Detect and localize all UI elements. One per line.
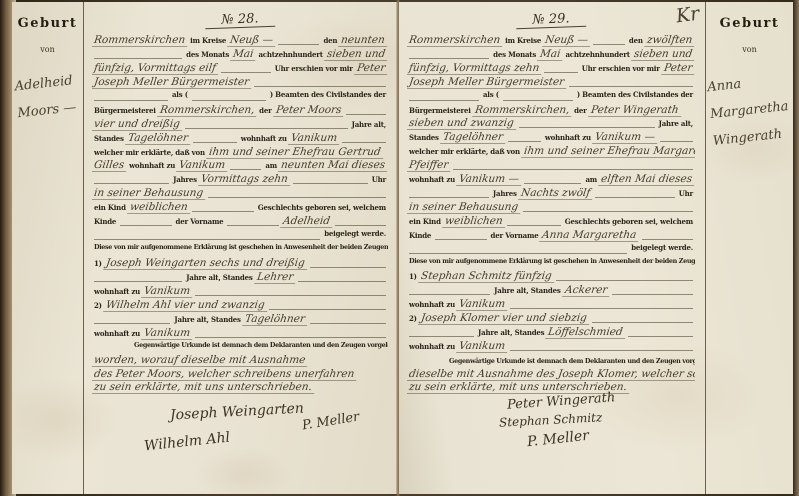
- rule-line: [556, 270, 693, 281]
- right-margin-column: Geburt von Anna Margaretha Wingerath: [705, 2, 793, 494]
- photo-edge-right: [793, 0, 799, 496]
- form-line: Kindeder VornameAdelheid: [92, 215, 388, 229]
- form-line: dieselbe mit Ausnahme des Joseph Klomer,…: [407, 368, 695, 381]
- rule-line: [435, 229, 486, 240]
- handwritten-entry: Anna Margaretha: [540, 229, 641, 242]
- form-line: wohnhaft zuVanikum —amelften Mai dieses: [407, 173, 695, 187]
- form-line: in seiner Behausung: [407, 201, 695, 215]
- printed-text: Diese von mir aufgenommene Erklärung ist…: [92, 243, 388, 251]
- handwritten-entry: des Peter Moors, welcher schreibens uner…: [92, 368, 358, 381]
- rule-line: [298, 271, 386, 282]
- form-line: Gegenwärtige Urkunde ist demnach dem Dek…: [407, 354, 695, 367]
- rule-line: [193, 132, 237, 143]
- left-page: Geburt von Adelheid Moors — № 28. Rommer…: [12, 2, 399, 494]
- rule-line: [94, 271, 182, 282]
- rule-line: [544, 62, 577, 73]
- handwritten-entry: neunten: [338, 34, 388, 47]
- von-label-left: von: [12, 45, 83, 54]
- rule-line: [293, 173, 368, 184]
- printed-text: Bürgermeisterei: [92, 106, 158, 115]
- margin-name-right: Anna Margaretha Wingerath: [702, 66, 797, 156]
- printed-text: wohnhaft zu: [127, 161, 177, 170]
- rule-line: [409, 187, 489, 198]
- handwritten-entry: Tagelöhner: [440, 131, 507, 144]
- handwritten-entry: dieselbe mit Ausnahme des Joseph Klomer,…: [407, 368, 695, 381]
- printed-text: beigelegt werde.: [322, 229, 388, 238]
- printed-text: wohnhaft zu: [543, 133, 593, 142]
- handwritten-entry: Vanikum: [456, 298, 509, 311]
- handwritten-entry: Löffelschmied: [546, 326, 627, 339]
- printed-text: 2): [407, 314, 419, 323]
- printed-text: am: [583, 175, 599, 184]
- printed-text: der: [572, 106, 588, 115]
- signature-registrar: P. Meller: [526, 428, 589, 450]
- form-line: worden, worauf dieselbe mit Ausnahme: [92, 354, 388, 367]
- printed-text: Jahre alt,: [350, 120, 388, 129]
- printed-text: 2): [92, 301, 104, 310]
- handwritten-entry: in seiner Behausung: [407, 201, 522, 214]
- form-line: 1)Joseph Weingarten sechs und dreißig: [92, 257, 388, 271]
- rule-line: [510, 340, 693, 351]
- indent-spacer: [407, 362, 447, 363]
- entry-number-right: № 29.: [516, 11, 587, 29]
- rule-line: [192, 201, 253, 212]
- printed-text: Geschlechts geboren sei, welchem: [563, 217, 695, 226]
- rule-line: [593, 34, 625, 45]
- printed-text: wohnhaft zu: [92, 287, 142, 296]
- printed-text: den: [321, 36, 339, 45]
- form-line: des MonatsMaiachtzehnhundertsieben und: [407, 48, 695, 62]
- printed-text: im Kreise: [188, 36, 228, 45]
- handwritten-entry: Rommerskirchen: [92, 34, 189, 47]
- printed-text: 1): [407, 272, 419, 281]
- form-line: beigelegt werde.: [407, 243, 695, 257]
- rule-line: [595, 187, 675, 198]
- left-margin-column: Geburt von Adelheid Moors —: [12, 2, 84, 494]
- form-line: JahresNachts zwölfUhr: [407, 187, 695, 201]
- printed-text: Jahre alt, Standes: [172, 315, 242, 324]
- rule-line: [409, 326, 474, 337]
- handwritten-entry: Adelheid: [280, 215, 334, 228]
- handwritten-entry: Gilles: [92, 159, 128, 172]
- rule-line: [269, 299, 386, 310]
- rule-line: [628, 326, 693, 337]
- printed-text: Jahre alt, Standes: [184, 273, 254, 282]
- rule-line: [227, 215, 278, 226]
- printed-text: beigelegt werde.: [629, 243, 695, 252]
- rule-line: [507, 215, 560, 226]
- birth-header-right: Geburt: [706, 16, 793, 31]
- form-line: Joseph Meller Bürgermeister: [92, 76, 388, 90]
- printed-text: als (: [170, 90, 190, 99]
- handwritten-entry: Tagelöhner: [125, 132, 192, 145]
- handwritten-entry: Peter Moors: [273, 104, 345, 117]
- handwritten-entry: Nachts zwölf: [518, 187, 594, 200]
- handwritten-entry: Lehrer: [254, 271, 297, 284]
- rule-line: [660, 131, 693, 142]
- right-page: Kr № 29. Rommerskirchenim KreiseNeuß —de…: [399, 2, 793, 494]
- printed-text: wohnhaft zu: [239, 134, 289, 143]
- handwritten-entry: in seiner Behausung: [92, 187, 207, 200]
- form-line: des MonatsMaiachtzehnhundertsieben und: [92, 48, 388, 62]
- handwritten-entry: Vanikum: [176, 159, 229, 172]
- printed-text: Kinde: [407, 231, 433, 240]
- rule-line: [523, 201, 693, 212]
- right-page-body: Kr № 29. Rommerskirchenim KreiseNeuß —de…: [399, 2, 705, 494]
- printed-text: achtzehnhundert: [563, 50, 631, 59]
- rule-line: [310, 313, 386, 324]
- handwritten-entry: sieben und zwanzig: [407, 117, 518, 130]
- printed-text: Kinde: [92, 217, 118, 226]
- rule-line: [524, 173, 582, 184]
- printed-text: Standes: [92, 134, 126, 143]
- form-line: Rommerskirchenim KreiseNeuß —denneunten: [92, 34, 388, 48]
- form-line: zu sein erklärte, mit uns unterschrieben…: [407, 381, 695, 394]
- handwritten-entry: Vanikum —: [456, 173, 523, 186]
- handwritten-entry: Joseph Meller Bürgermeister: [407, 76, 568, 89]
- handwritten-entry: Rommerskirchen: [407, 34, 504, 47]
- rule-line: [612, 284, 693, 295]
- handwritten-entry: Peter: [354, 62, 388, 75]
- handwritten-entry: Mai: [537, 48, 564, 61]
- margin-name-left: Adelheid Moors —: [9, 66, 85, 127]
- form-line: Pfeiffer: [407, 159, 695, 173]
- printed-text: im Kreise: [503, 36, 543, 45]
- rule-line: [94, 313, 170, 324]
- rule-line: [510, 298, 693, 309]
- form-line: fünfzig, Vormittags eilfUhr erschien vor…: [92, 62, 388, 76]
- rule-line: [335, 215, 386, 226]
- form-line: wohnhaft zuVanikum: [407, 298, 695, 312]
- handwritten-entry: Joseph Klomer vier und siebzig: [418, 312, 591, 325]
- entry-number-left: № 28.: [205, 11, 276, 29]
- rule-line: [278, 34, 319, 45]
- form-line: 2)Wilhelm Ahl vier und zwanzig: [92, 299, 388, 313]
- form-line: Rommerskirchenim KreiseNeuß —denzwölften: [407, 34, 695, 48]
- rule-line: [310, 257, 386, 268]
- printed-text: den: [627, 36, 645, 45]
- printed-text: Jahres: [171, 175, 199, 184]
- right-form-lines: Rommerskirchenim KreiseNeuß —denzwölften…: [407, 34, 695, 394]
- form-line: welcher mir erklärte, daß vonihm und sei…: [92, 146, 388, 159]
- form-line: wohnhaft zuVanikum: [407, 340, 695, 354]
- rule-line: [208, 187, 386, 198]
- form-line: ein KindweiblichenGeschlechts geboren se…: [407, 215, 695, 229]
- rule-line: [94, 90, 168, 101]
- form-line: Diese von mir aufgenommene Erklärung ist…: [92, 243, 388, 256]
- form-line: welcher mir erklärte, daß vonihm und sei…: [407, 145, 695, 158]
- printed-text: des Monats: [491, 50, 538, 59]
- signature-witness1: Joseph Weingarten: [170, 401, 305, 424]
- form-line: fünfzig, Vormittags zehnUhr erschien vor…: [407, 62, 695, 76]
- form-line: Joseph Meller Bürgermeister: [407, 76, 695, 90]
- printed-text: 1): [92, 259, 104, 268]
- printed-text: der Vorname: [174, 217, 226, 226]
- rule-line: [346, 104, 386, 115]
- rule-line: [409, 48, 489, 59]
- handwritten-entry: ihm und seiner Ehefrau Margaretha: [521, 145, 695, 158]
- handwritten-entry: Joseph Weingarten sechs und dreißig: [103, 257, 309, 270]
- printed-text: Uhr: [370, 175, 388, 184]
- form-line: JahresVormittags zehnUhr: [92, 173, 388, 187]
- rule-line: [192, 90, 266, 101]
- printed-text: Gegenwärtige Urkunde ist demnach dem Dek…: [447, 357, 695, 365]
- form-line: Jahre alt, StandesLehrer: [92, 271, 388, 285]
- handwritten-entry: Vanikum: [456, 340, 509, 353]
- printed-text: der Vorname: [489, 231, 541, 240]
- form-line: wohnhaft zuVanikum: [92, 327, 388, 341]
- handwritten-entry: zwölften: [644, 34, 695, 47]
- handwritten-entry: Vanikum: [141, 285, 194, 298]
- printed-text: wohnhaft zu: [92, 329, 142, 338]
- rule-line: [508, 131, 541, 142]
- rule-line: [453, 159, 693, 170]
- printed-text: der: [257, 106, 273, 115]
- printed-text: des Monats: [184, 50, 231, 59]
- register-book-photo: Geburt von Adelheid Moors — № 28. Rommer…: [0, 0, 799, 496]
- handwritten-entry: Pfeiffer: [407, 159, 452, 172]
- rule-line: [185, 118, 348, 129]
- form-line: als () Beamten des Civilstandes der: [92, 90, 388, 104]
- printed-text: ein Kind: [92, 203, 128, 212]
- rule-line: [195, 285, 386, 296]
- handwritten-entry: Vanikum: [288, 132, 341, 145]
- printed-text: wohnhaft zu: [407, 342, 457, 351]
- handwritten-entry: zu sein erklärte, mit uns unterschrieben…: [92, 381, 316, 394]
- form-line: BürgermeistereiRommerskirchen,derPeter M…: [92, 104, 388, 118]
- form-line: ein KindweiblichenGeschlechts geboren se…: [92, 201, 388, 215]
- handwritten-entry: Vanikum —: [592, 131, 659, 144]
- form-line: des Peter Moors, welcher schreibens uner…: [92, 368, 388, 381]
- rule-line: [519, 117, 655, 128]
- form-line: wohnhaft zuVanikum: [92, 285, 388, 299]
- printed-text: welcher mir erklärte, daß von: [407, 147, 522, 156]
- form-line: 2)Joseph Klomer vier und siebzig: [407, 312, 695, 326]
- printed-text: am: [263, 161, 279, 170]
- printed-text: Bürgermeisterei: [407, 106, 473, 115]
- printed-text: Uhr: [677, 189, 695, 198]
- handwritten-entry: worden, worauf dieselbe mit Ausnahme: [92, 354, 309, 367]
- form-line: Diese von mir aufgenommene Erklärung ist…: [407, 257, 695, 270]
- rule-line: [409, 243, 627, 254]
- handwritten-entry: fünfzig, Vormittags eilf: [92, 62, 220, 75]
- form-line: 1)Stephan Schmitz fünfzig: [407, 270, 695, 284]
- printed-text: Geschlechts geboren sei, welchem: [256, 203, 388, 212]
- rule-line: [342, 132, 386, 143]
- handwritten-entry: neunten Mai dieses: [278, 159, 388, 172]
- handwritten-entry: Neuß —: [227, 34, 277, 47]
- printed-text: Jahres: [491, 189, 519, 198]
- handwritten-entry: Rommerskirchen,: [157, 104, 258, 117]
- handwritten-entry: Rommerskirchen,: [472, 104, 573, 117]
- handwritten-entry: ihm und seiner Ehefrau Gertrud: [206, 146, 384, 159]
- printed-text: als (: [481, 90, 501, 99]
- printed-text: Jahre alt, Standes: [492, 286, 562, 295]
- form-line: in seiner Behausung: [92, 187, 388, 201]
- indent-spacer: [92, 346, 132, 347]
- printed-text: wohnhaft zu: [407, 175, 457, 184]
- handwritten-entry: vier und dreißig: [92, 118, 184, 131]
- printed-text: Jahre alt, Standes: [476, 328, 546, 337]
- printed-text: ) Beamten des Civilstandes der: [268, 90, 388, 99]
- signature-witness2: Wilhelm Ahl: [143, 430, 230, 455]
- handwritten-entry: weiblichen: [127, 201, 191, 214]
- left-signature-block: Joseph Weingarten Wilhelm Ahl P. Meller: [92, 394, 388, 474]
- handwritten-entry: weiblichen: [442, 215, 506, 228]
- left-form-lines: Rommerskirchenim KreiseNeuß —denneuntend…: [92, 34, 388, 394]
- left-page-body: № 28. Rommerskirchenim KreiseNeuß —denne…: [84, 2, 398, 494]
- printed-text: ) Beamten des Civilstandes der: [575, 90, 695, 99]
- rule-line: [195, 327, 386, 338]
- handwritten-entry: Peter Wingerath: [588, 104, 682, 117]
- form-line: Gilleswohnhaft zuVanikumamneunten Mai di…: [92, 159, 388, 173]
- rule-line: [120, 215, 171, 226]
- rule-line: [409, 90, 479, 101]
- rule-line: [94, 229, 320, 240]
- form-line: Jahre alt, StandesLöffelschmied: [407, 326, 695, 340]
- handwritten-entry: Neuß —: [542, 34, 592, 47]
- signature-registrar: P. Meller: [302, 410, 361, 434]
- handwritten-entry: Peter: [661, 62, 695, 75]
- rule-line: [221, 62, 271, 73]
- printed-text: Gegenwärtige Urkunde ist demnach dem Dek…: [132, 341, 388, 349]
- handwritten-entry: Wilhelm Ahl vier und zwanzig: [103, 299, 268, 312]
- form-line: StandesTagelöhnerwohnhaft zuVanikum —: [407, 131, 695, 145]
- rule-line: [503, 90, 573, 101]
- printed-text: Jahre alt,: [657, 119, 695, 128]
- printed-text: welcher mir erklärte, daß von: [92, 148, 207, 157]
- printed-text: Uhr erschien vor mir: [273, 64, 355, 73]
- rule-line: [230, 159, 261, 170]
- handwritten-entry: fünfzig, Vormittags zehn: [407, 62, 543, 75]
- rule-line: [409, 284, 490, 295]
- printed-text: Diese von mir aufgenommene Erklärung ist…: [407, 257, 695, 265]
- handwritten-entry: Joseph Meller Bürgermeister: [92, 76, 253, 89]
- form-line: Gegenwärtige Urkunde ist demnach dem Dek…: [92, 341, 388, 354]
- printed-text: ein Kind: [407, 217, 443, 226]
- printed-text: wohnhaft zu: [407, 300, 457, 309]
- form-line: Jahre alt, StandesAckerer: [407, 284, 695, 298]
- printed-text: Standes: [407, 133, 441, 142]
- rule-line: [94, 48, 182, 59]
- rule-line: [569, 76, 693, 87]
- right-signature-block: Peter Wingerath Stephan Schmitz P. Melle…: [407, 394, 695, 464]
- form-line: Jahre alt, StandesTagelöhner: [92, 313, 388, 327]
- form-line: vier und dreißigJahre alt,: [92, 118, 388, 132]
- form-line: Kindeder VornameAnna Margaretha: [407, 229, 695, 243]
- handwritten-entry: Vormittags zehn: [198, 173, 292, 186]
- form-line: zu sein erklärte, mit uns unterschrieben…: [92, 381, 388, 394]
- form-line: BürgermeistereiRommerskirchen,derPeter W…: [407, 104, 695, 117]
- handwritten-entry: sieben und: [324, 48, 388, 61]
- rule-line: [94, 173, 169, 184]
- rule-line: [254, 76, 386, 87]
- handwritten-entry: Mai: [230, 48, 257, 61]
- birth-header-left: Geburt: [12, 16, 83, 31]
- handwritten-entry: Vanikum: [141, 327, 194, 340]
- form-line: sieben und zwanzigJahre alt,: [407, 117, 695, 131]
- rule-line: [642, 229, 693, 240]
- printed-text: Uhr erschien vor mir: [580, 64, 662, 73]
- form-line: beigelegt werde.: [92, 229, 388, 243]
- form-line: als () Beamten des Civilstandes der: [407, 90, 695, 104]
- printed-text: achtzehnhundert: [256, 50, 324, 59]
- von-label-right: von: [706, 45, 793, 54]
- marginal-annotation: Kr: [674, 2, 700, 27]
- handwritten-entry: elften Mai dieses: [598, 173, 695, 186]
- form-line: StandesTagelöhnerwohnhaft zuVanikum: [92, 132, 388, 146]
- handwritten-entry: Stephan Schmitz fünfzig: [418, 270, 555, 283]
- handwritten-entry: sieben und: [631, 48, 695, 61]
- handwritten-entry: Tagelöhner: [242, 313, 309, 326]
- handwritten-entry: Ackerer: [562, 284, 611, 297]
- rule-line: [592, 312, 693, 323]
